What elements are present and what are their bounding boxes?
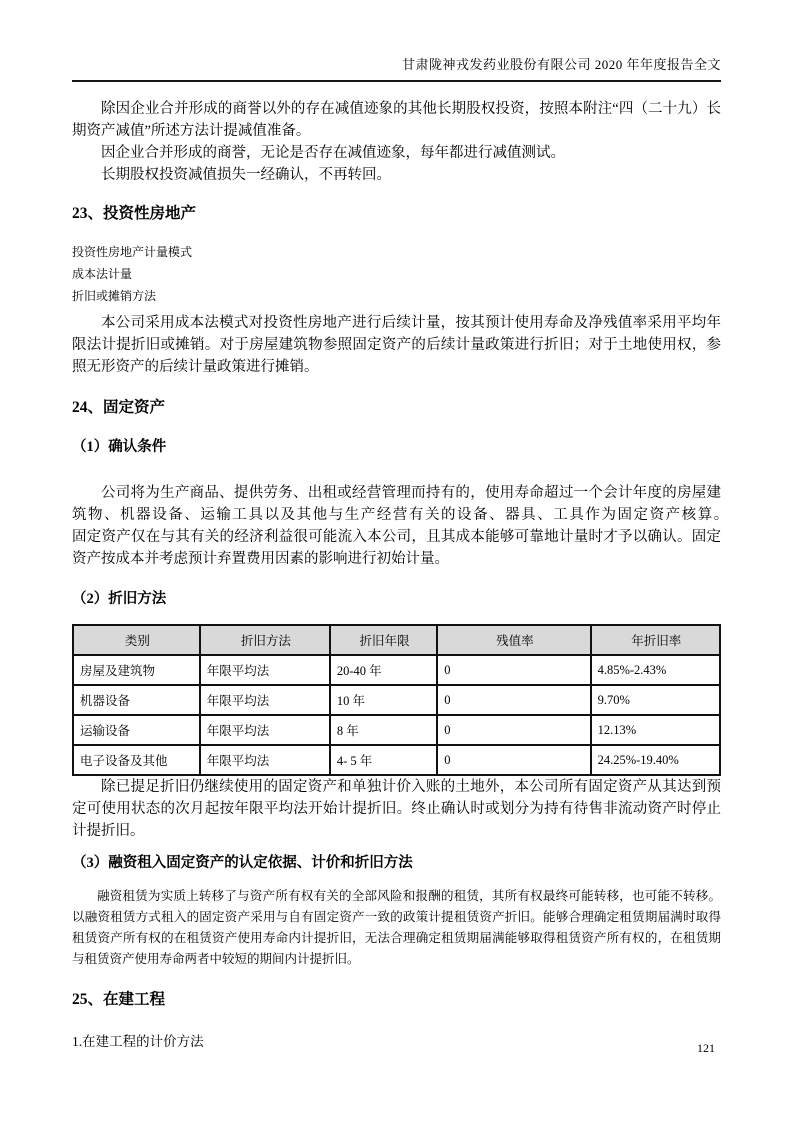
table-row: 机器设备 年限平均法 10 年 0 9.70% — [73, 685, 720, 715]
page-number: 121 — [697, 1041, 715, 1056]
page-header: 甘肃陇神戎发药业股份有限公司 2020 年年度报告全文 — [72, 56, 721, 82]
page-content: 除因企业合并形成的商誉以外的存在减值迹象的其他长期股权投资，按照本附注“四（二十… — [72, 98, 721, 1050]
table-cell: 0 — [437, 685, 590, 715]
paragraph-finance-lease-policy: 融资租赁为实质上转移了与资产所有权有关的全部风险和报酬的租赁，其所有权最终可能转… — [72, 886, 721, 970]
table-header-row: 类别 折旧方法 折旧年限 残值率 年折旧率 — [73, 625, 720, 655]
table-cell: 年限平均法 — [200, 715, 330, 745]
subsection-finance-lease-heading: （3）融资租入固定资产的认定依据、计价和折旧方法 — [72, 854, 721, 872]
table-header-method: 折旧方法 — [200, 625, 330, 655]
table-cell: 房屋及建筑物 — [73, 655, 200, 685]
subsection-recognition-heading: （1）确认条件 — [72, 438, 721, 456]
table-cell: 4.85%-2.43% — [591, 655, 720, 685]
table-row: 运输设备 年限平均法 8 年 0 12.13% — [73, 715, 720, 745]
section-23-heading: 23、投资性房地产 — [72, 204, 721, 224]
paragraph-no-reversal: 长期股权投资减值损失一经确认，不再转回。 — [72, 164, 721, 186]
table-cell: 年限平均法 — [200, 655, 330, 685]
table-row: 电子设备及其他 年限平均法 4- 5 年 0 24.25%-19.40% — [73, 745, 720, 775]
table-cell: 8 年 — [330, 715, 437, 745]
table-cell: 年限平均法 — [200, 745, 330, 775]
subsection-depreciation-heading: （2）折旧方法 — [72, 590, 721, 608]
table-cell: 机器设备 — [73, 685, 200, 715]
table-cell: 年限平均法 — [200, 685, 330, 715]
table-header-annual-rate: 年折旧率 — [591, 625, 720, 655]
depreciation-table: 类别 折旧方法 折旧年限 残值率 年折旧率 房屋及建筑物 年限平均法 20-40… — [72, 624, 721, 776]
report-page: 甘肃陇神戎发药业股份有限公司 2020 年年度报告全文 除因企业合并形成的商誉以… — [0, 0, 793, 1122]
paragraph-fixed-asset-recognition: 公司将为生产商品、提供劳务、出租或经营管理而持有的，使用寿命超过一个会计年度的房… — [72, 482, 721, 570]
table-cell: 9.70% — [591, 685, 720, 715]
table-cell: 电子设备及其他 — [73, 745, 200, 775]
table-cell: 4- 5 年 — [330, 745, 437, 775]
line-investment-property-model: 投资性房地产计量模式 — [72, 246, 721, 258]
line-depreciation-amortization-method: 折旧或摊销方法 — [72, 290, 721, 302]
table-cell: 20-40 年 — [330, 655, 437, 685]
table-header-years: 折旧年限 — [330, 625, 437, 655]
table-cell: 0 — [437, 715, 590, 745]
paragraph-depreciation-start-stop: 除已提足折旧仍继续使用的固定资产和单独计价入账的土地外，本公司所有固定资产从其达… — [72, 776, 721, 842]
table-header-residual-rate: 残值率 — [437, 625, 590, 655]
line-construction-valuation-method: 1.在建工程的计价方法 — [72, 1034, 721, 1050]
report-title: 甘肃陇神戎发药业股份有限公司 2020 年年度报告全文 — [402, 57, 721, 72]
line-cost-method: 成本法计量 — [72, 268, 721, 280]
table-cell: 0 — [437, 655, 590, 685]
paragraph-goodwill-test: 因企业合并形成的商誉，无论是否存在减值迹象，每年都进行减值测试。 — [72, 142, 721, 164]
table-cell: 运输设备 — [73, 715, 200, 745]
paragraph-goodwill-impairment: 除因企业合并形成的商誉以外的存在减值迹象的其他长期股权投资，按照本附注“四（二十… — [72, 98, 721, 142]
paragraph-investment-property-policy: 本公司采用成本法模式对投资性房地产进行后续计量，按其预计使用寿命及净残值率采用平… — [72, 312, 721, 378]
table-cell: 24.25%-19.40% — [591, 745, 720, 775]
table-header-category: 类别 — [73, 625, 200, 655]
section-24-heading: 24、固定资产 — [72, 398, 721, 418]
table-cell: 10 年 — [330, 685, 437, 715]
table-cell: 12.13% — [591, 715, 720, 745]
table-row: 房屋及建筑物 年限平均法 20-40 年 0 4.85%-2.43% — [73, 655, 720, 685]
section-25-heading: 25、在建工程 — [72, 990, 721, 1010]
table-cell: 0 — [437, 745, 590, 775]
